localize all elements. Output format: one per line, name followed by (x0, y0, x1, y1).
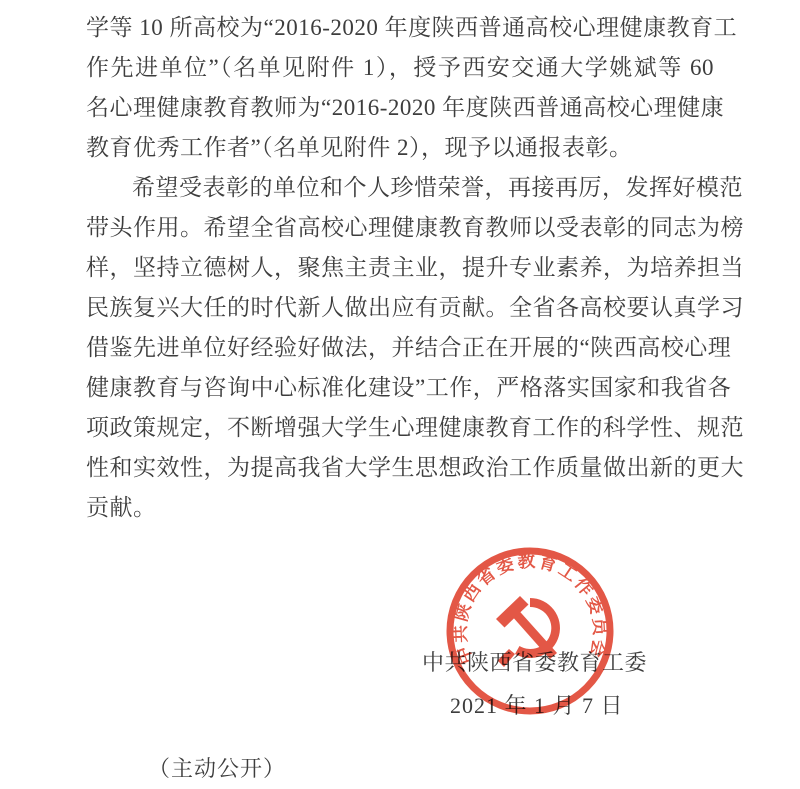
body-line: 借鉴先进单位好经验好做法，并结合正在开展的“陕西高校心理 (86, 328, 714, 368)
body-line: 学等 10 所高校为“2016-2020 年度陕西普通高校心理健康教育工 (86, 8, 714, 48)
document-body: 学等 10 所高校为“2016-2020 年度陕西普通高校心理健康教育工 作先进… (86, 8, 714, 528)
seal-ring (450, 551, 610, 711)
body-line: 性和实效性，为提高我省大学生思想政治工作质量做出新的更大 (86, 448, 714, 488)
body-line: 教育优秀工作者”（名单见附件 2），现予以通报表彰。 (86, 128, 714, 168)
signature-org: 中共陕西省委教育工委 (422, 646, 647, 677)
body-line: 带头作用。希望全省高校心理健康教育教师以受表彰的同志为榜 (86, 208, 714, 248)
disclosure-note: （主动公开） (148, 752, 286, 783)
body-line: 样，坚持立德树人，聚焦主责主业，提升专业素养，为培养担当 (86, 248, 714, 288)
body-line: 健康教育与咨询中心标准化建设”工作，严格落实国家和我省各 (86, 368, 714, 408)
document-page: 学等 10 所高校为“2016-2020 年度陕西普通高校心理健康教育工 作先进… (0, 0, 800, 789)
body-line: 民族复兴大任的时代新人做出应有贡献。全省各高校要认真学习 (86, 288, 714, 328)
body-line: 希望受表彰的单位和个人珍惜荣誉，再接再厉，发挥好模范 (86, 168, 714, 208)
body-line: 作先进单位”（名单见附件 1），授予西安交通大学姚斌等 60 (86, 48, 714, 88)
body-line: 贡献。 (86, 488, 714, 528)
signature-date: 2021 年 1 月 7 日 (450, 689, 624, 720)
body-line: 名心理健康教育教师为“2016-2020 年度陕西普通高校心理健康 (86, 88, 714, 128)
body-line: 项政策规定，不断增强大学生心理健康教育工作的科学性、规范 (86, 408, 714, 448)
